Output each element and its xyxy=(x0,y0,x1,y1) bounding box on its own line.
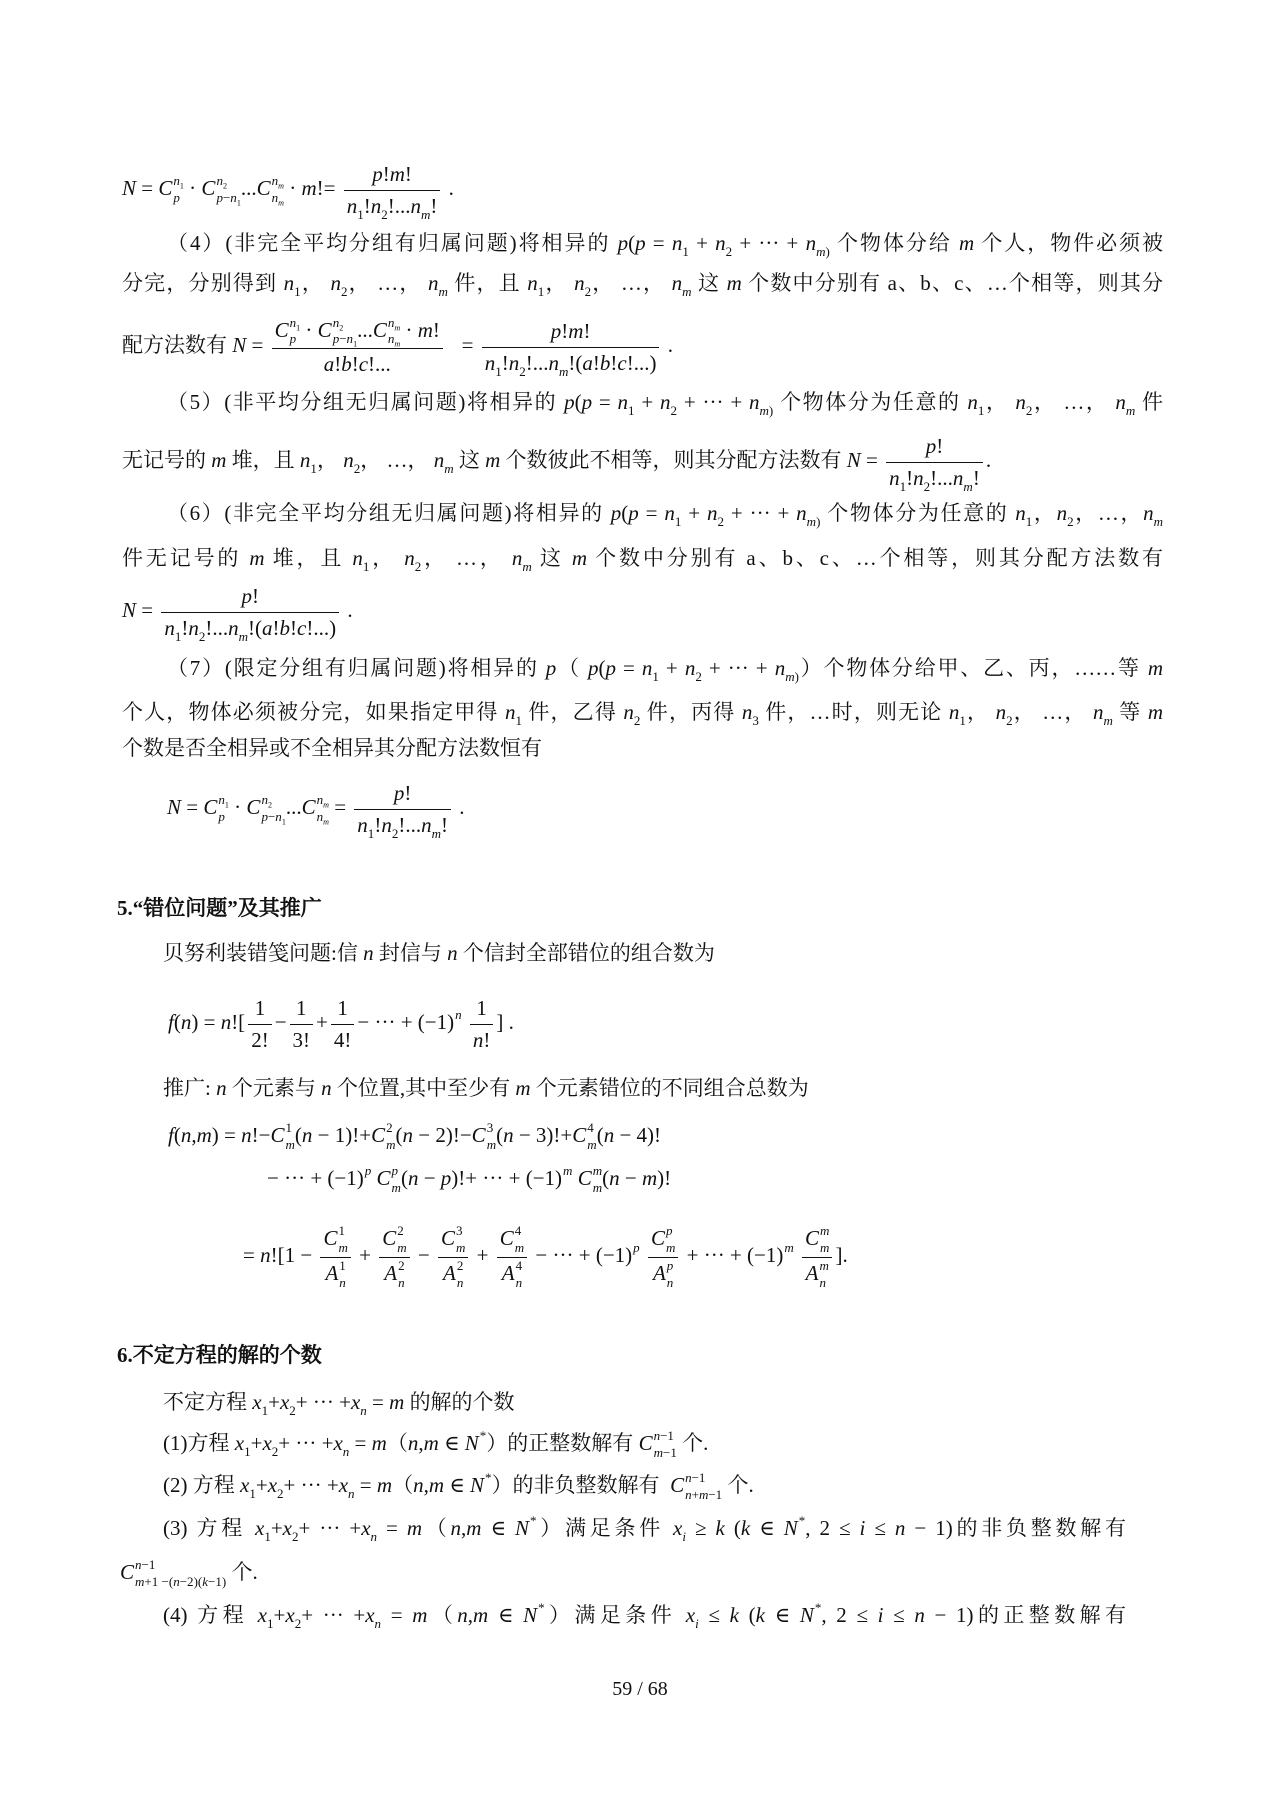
math-variable: C xyxy=(472,1123,486,1147)
math-variable: b xyxy=(600,351,611,375)
math-symbol: p xyxy=(611,501,622,525)
subscript: m) xyxy=(816,244,830,259)
text-run: 贝努利装错笺问题:信 xyxy=(163,941,363,965)
math-variable: C xyxy=(323,1226,337,1250)
math-variable: n xyxy=(549,351,560,375)
text-run: )! xyxy=(657,1166,671,1190)
text-run: −1 xyxy=(142,1557,156,1572)
text-run: − xyxy=(275,1010,287,1034)
subscript: m) xyxy=(785,669,799,684)
fraction: CpmApn xyxy=(648,1223,678,1292)
superscript: m xyxy=(593,1163,602,1180)
text-run: ( xyxy=(725,1516,741,1540)
text-run: + xyxy=(689,231,715,255)
math-variable: C xyxy=(373,318,387,342)
subscript: m xyxy=(392,1180,401,1197)
math-symbol: Cmm xyxy=(578,1166,602,1190)
text-run: ! xyxy=(290,616,297,640)
math-variable: n xyxy=(775,656,786,680)
math-symbol: m xyxy=(487,1137,496,1152)
math-symbol: n1 xyxy=(352,546,369,570)
math-variable: p xyxy=(633,1240,640,1255)
subscript: nm xyxy=(388,331,400,348)
fraction: p!m!n1!n2!...nm!(a!b!c!...) xyxy=(482,316,660,378)
text-run: − xyxy=(339,331,346,346)
math-variable: n xyxy=(398,1275,405,1290)
text-run: ， …， xyxy=(591,271,672,295)
script-stack: n−1n+m−1 xyxy=(685,1470,722,1504)
fraction: 1n! xyxy=(470,993,494,1055)
math-symbol: m xyxy=(456,1240,465,1255)
math-symbol: N xyxy=(122,176,136,200)
math-variable: n xyxy=(408,1431,419,1455)
text-run: + ··· + xyxy=(681,1243,747,1267)
text-run: 个人，物体必须被分完，如果指定甲得 xyxy=(122,700,505,724)
math-symbol: N* xyxy=(784,1516,806,1540)
text-run: ... xyxy=(241,176,257,200)
text-run: !...) xyxy=(306,616,336,640)
text-run: 个元素与 xyxy=(227,1076,322,1100)
math-variable: m xyxy=(466,1516,481,1540)
text-run: 件无记号的 xyxy=(122,546,249,570)
subscript: p−n1 xyxy=(333,331,357,348)
text-run: = xyxy=(861,448,883,472)
math-variable: b xyxy=(341,352,352,376)
text-run: ( xyxy=(401,1166,408,1190)
text-run: ， xyxy=(984,390,1015,414)
math-variable: n xyxy=(914,1603,925,1627)
math-variable: n xyxy=(447,941,458,965)
fraction: p!n1!n2!...nm! xyxy=(354,778,451,840)
text-run: + ··· + xyxy=(702,656,775,680)
math-symbol: Cn2p−n1 xyxy=(318,318,357,342)
text-run: = xyxy=(136,598,158,622)
math-variable: x xyxy=(252,1390,261,1414)
math-text: (−1) xyxy=(418,1010,454,1034)
math-variable: m xyxy=(727,271,742,295)
fraction: C2mA2n xyxy=(379,1223,409,1292)
math-variable: m xyxy=(424,1431,439,1455)
text-run: + xyxy=(681,501,707,525)
math-variable: p xyxy=(441,1166,452,1190)
math-variable: n xyxy=(216,1076,227,1100)
math-symbol: Cnmnm xyxy=(257,176,284,200)
math-symbol: n xyxy=(221,1010,232,1034)
text-run: = xyxy=(639,501,665,525)
math-symbol: b xyxy=(341,352,352,376)
math-symbol: n1 xyxy=(527,271,544,295)
math-variable: m xyxy=(444,461,453,476)
text-run: )!+ ··· + xyxy=(451,1166,525,1190)
subscript: m) xyxy=(760,403,774,418)
math-symbol: p xyxy=(618,231,629,255)
text-run: 个人，物件必须被 xyxy=(974,231,1163,255)
text-run: !... xyxy=(526,351,549,375)
math-variable: c xyxy=(297,616,306,640)
math-symbol: Cn−1m−1 xyxy=(639,1431,677,1455)
text-run: + ··· + xyxy=(284,1473,339,1497)
text-run: + xyxy=(471,1243,493,1267)
math-symbol: n1 xyxy=(485,351,502,375)
math-variable: k xyxy=(756,1603,765,1627)
text-run: ∈ xyxy=(439,1431,465,1455)
math-variable: n xyxy=(503,1123,514,1147)
math-variable: m xyxy=(515,1076,530,1100)
math-symbol: m xyxy=(515,1076,530,1100)
text-run: ![1 − xyxy=(271,1243,318,1267)
math-symbol: Cn1p xyxy=(275,318,301,342)
paragraph-line: 不定方程 x1+x2+ ··· +xn = m 的解的个数 xyxy=(163,1384,515,1420)
math-symbol: m xyxy=(654,1445,663,1460)
math-symbol: m xyxy=(444,461,453,476)
numerator: p! xyxy=(354,778,451,809)
math-symbol: n1 xyxy=(505,700,522,724)
script-stack: 4n xyxy=(516,1258,523,1292)
math-variable: n xyxy=(623,700,634,724)
math-variable: n xyxy=(181,1010,192,1034)
text-run: 个. xyxy=(226,1560,258,1584)
math-variable: n xyxy=(806,231,817,255)
math-symbol: A1n xyxy=(325,1261,345,1285)
math-symbol: nm xyxy=(317,809,329,824)
script-stack: n2p−n1 xyxy=(333,315,357,349)
text-run: + xyxy=(256,1473,268,1497)
math-variable: n xyxy=(967,390,978,414)
script-stack: 2m xyxy=(397,1223,406,1257)
superscript: n1 xyxy=(218,792,229,809)
math-symbol: C4m xyxy=(572,1123,596,1147)
math-symbol: x2 xyxy=(280,1390,296,1414)
math-symbol: nm xyxy=(411,194,431,218)
math-symbol: n xyxy=(181,1123,192,1147)
math-symbol: m xyxy=(197,1123,212,1147)
script-stack: n1p xyxy=(218,792,229,826)
text-run: ! xyxy=(936,434,943,458)
math-variable: n xyxy=(343,448,354,472)
math-variable: A xyxy=(384,1261,397,1285)
math-symbol: n2 xyxy=(707,501,724,525)
math-symbol: m xyxy=(389,1390,404,1414)
math-variable: x xyxy=(361,1516,370,1540)
text-run: + xyxy=(659,656,685,680)
math-variable: C xyxy=(270,1123,284,1147)
text-run: = xyxy=(181,795,203,819)
script-stack: 1m xyxy=(285,1120,294,1154)
math-symbol: x1 xyxy=(258,1603,274,1627)
text-run: + ··· + xyxy=(278,1431,333,1455)
math-symbol: n2 xyxy=(333,315,344,330)
text-run: ， …， xyxy=(347,271,428,295)
superscript: 3 xyxy=(456,1223,465,1240)
math-variable: n xyxy=(707,501,718,525)
math-symbol: p xyxy=(666,1223,673,1238)
text-run: （ xyxy=(556,656,588,680)
text-run xyxy=(462,1010,467,1034)
math-variable: b xyxy=(280,616,291,640)
subscript: m xyxy=(1154,514,1163,529)
superscript: nm xyxy=(272,173,284,190)
superscript: 1 xyxy=(338,1223,347,1240)
formula-line: f(n,m) = n!−C1m(n − 1)!+C2m(n − 2)!−C3m(… xyxy=(168,1113,661,1157)
denominator: a!b!c!... xyxy=(272,349,443,379)
math-variable: p xyxy=(635,231,646,255)
math-symbol: n2 xyxy=(343,448,360,472)
math-symbol: Cn2p−n1 xyxy=(246,795,285,819)
text-run: 3 xyxy=(487,1120,494,1135)
math-variable: C xyxy=(670,1473,684,1497)
math-symbol: n2 xyxy=(261,792,272,807)
text-run: −1 xyxy=(660,1428,674,1443)
math-symbol: N xyxy=(167,795,181,819)
paragraph-line: 分完，分别得到 n1， n2， …， nm 件，且 n1， n2， …， nm … xyxy=(122,265,1163,301)
text-run: ! xyxy=(404,781,411,805)
math-symbol: A4n xyxy=(502,1261,522,1285)
math-symbol: p xyxy=(372,162,383,186)
denominator: 3! xyxy=(290,1025,314,1055)
text-run: 1 xyxy=(285,1120,292,1135)
math-symbol: p xyxy=(290,331,297,346)
script-stack: n2p−n1 xyxy=(261,792,285,826)
math-variable: m xyxy=(666,1240,675,1255)
math-variable: x xyxy=(240,1473,249,1497)
text-run: ! xyxy=(593,351,600,375)
denominator: n1!n2!...nm! xyxy=(354,810,451,840)
math-symbol: xn xyxy=(333,1431,349,1455)
math-symbol: n xyxy=(302,1123,313,1147)
math-variable: n xyxy=(339,1275,346,1290)
math-symbol: Cn1p xyxy=(203,795,229,819)
paragraph-line: 推广: n 个元素与 n 个位置,其中至少有 m 个元素错位的不同组合总数为 xyxy=(163,1070,809,1106)
math-variable: p xyxy=(582,390,593,414)
math-symbol: n1 xyxy=(218,792,229,807)
math-symbol: nm xyxy=(434,448,454,472)
math-symbol: N* xyxy=(523,1603,545,1627)
math-variable: p xyxy=(394,781,405,805)
superscript: 2 xyxy=(398,1258,405,1275)
math-symbol: p xyxy=(564,390,575,414)
math-variable: p xyxy=(551,319,562,343)
math-symbol: p xyxy=(551,319,562,343)
math-variable: n xyxy=(667,1275,674,1290)
denominator: n1!n2!...nm! xyxy=(344,191,441,221)
text-run: −2)( xyxy=(180,1574,203,1589)
text-run: = xyxy=(381,1603,412,1627)
subscript: m xyxy=(1103,713,1112,728)
subscript: m xyxy=(444,461,453,476)
math-variable: A xyxy=(443,1261,456,1285)
math-symbol: n1 xyxy=(347,194,364,218)
fraction: 12! xyxy=(248,993,272,1055)
math-variable: C xyxy=(441,1226,455,1250)
text-run: 堆，且 xyxy=(265,546,353,570)
text-run: 这 xyxy=(454,448,486,472)
fraction: C4mA4n xyxy=(497,1223,527,1292)
text-run: ∈ xyxy=(481,1516,515,1540)
math-variable: x xyxy=(262,1431,271,1455)
math-symbol: n1 xyxy=(284,271,301,295)
math-symbol: m xyxy=(1148,700,1163,724)
fraction: p!n1!n2!...nm!(a!b!c!...) xyxy=(161,581,339,643)
math-symbol: n2 xyxy=(371,194,388,218)
math-symbol: n2 xyxy=(996,700,1013,724)
math-symbol: n2 xyxy=(188,616,205,640)
text-run: ≥ xyxy=(686,1516,716,1540)
math-variable: p xyxy=(173,190,180,205)
math-variable: n xyxy=(434,448,445,472)
math-symbol: n1 xyxy=(1015,501,1032,525)
math-variable: n xyxy=(457,1603,468,1627)
text-run: !... xyxy=(398,813,421,837)
list-item: (3) 方程 x1+x2+ ··· +xn = m（n,m ∈ N*）满足条件 … xyxy=(163,1508,1126,1548)
subscript: p−n1 xyxy=(261,809,285,826)
text-run: 分完，分别得到 xyxy=(122,271,284,295)
superscript: p xyxy=(633,1240,640,1255)
math-variable: m xyxy=(522,559,531,574)
math-variable: C xyxy=(257,176,271,200)
text-run: + xyxy=(268,1390,280,1414)
math-symbol: n xyxy=(408,1166,419,1190)
math-symbol: m xyxy=(959,231,974,255)
math-variable: k xyxy=(741,1516,750,1540)
text-run: ! xyxy=(583,319,590,343)
text-run: . xyxy=(443,176,454,200)
text-run: ∈ xyxy=(765,1603,800,1627)
math-variable: m xyxy=(1126,403,1135,418)
subscript: m xyxy=(456,1240,465,1257)
superscript: n1 xyxy=(290,315,301,332)
math-symbol: nm xyxy=(388,331,400,346)
math-symbol: Cpm xyxy=(651,1226,675,1250)
math-symbol: m xyxy=(1126,403,1135,418)
superscript: n xyxy=(455,1007,462,1022)
text-run: ! xyxy=(502,351,509,375)
math-variable: m xyxy=(699,1487,708,1502)
math-variable: n xyxy=(672,271,683,295)
subscript: m−1 xyxy=(654,1445,677,1462)
math-variable: m xyxy=(816,244,825,259)
math-symbol: p xyxy=(218,809,225,824)
text-run: + xyxy=(251,1431,263,1455)
math-variable: p xyxy=(218,809,225,824)
math-text: (−1) xyxy=(747,1243,783,1267)
text-run: = xyxy=(616,656,642,680)
text-run: !... xyxy=(388,194,411,218)
superscript: 4 xyxy=(587,1120,596,1137)
list-item: (4) 方程 x1+x2+ ··· +xn = m（n,m ∈ N*）满足条件 … xyxy=(163,1595,1126,1635)
math-variable: m xyxy=(197,1123,212,1147)
text-run: −1 xyxy=(708,1487,722,1502)
math-variable: m xyxy=(1154,514,1163,529)
math-symbol: n1 xyxy=(642,656,659,680)
math-variable: n xyxy=(357,813,368,837)
math-variable: n xyxy=(321,1076,332,1100)
text-run: + xyxy=(635,390,660,414)
subscript: m xyxy=(593,1180,602,1197)
math-symbol: p xyxy=(546,656,557,680)
math-symbol: (−1)p xyxy=(596,1243,640,1267)
text-run: = xyxy=(246,333,268,357)
text-run: 个位置,其中至少有 xyxy=(332,1076,516,1100)
math-variable: x xyxy=(283,1516,292,1540)
math-symbol: m xyxy=(377,1473,392,1497)
text-run: ! xyxy=(973,466,980,490)
text-run: + xyxy=(692,1487,699,1502)
math-symbol: n xyxy=(408,1431,419,1455)
math-variable: n xyxy=(164,616,175,640)
math-symbol: n xyxy=(181,1010,192,1034)
text-run: 2 xyxy=(457,1258,464,1273)
numerator: 1 xyxy=(290,993,314,1024)
math-variable: n xyxy=(413,1473,424,1497)
math-variable: p xyxy=(611,501,622,525)
math-variable: x xyxy=(339,1473,348,1497)
text-run: （ xyxy=(392,1473,413,1497)
math-variable: n xyxy=(604,1123,615,1147)
math-symbol: C3m xyxy=(472,1123,496,1147)
math-symbol: (−1)m xyxy=(747,1243,794,1267)
list-item: (1)方程 x1+x2+ ··· +xn = m（n,m ∈ N*）的正整数解有… xyxy=(163,1423,708,1463)
math-symbol: m xyxy=(760,403,769,418)
math-variable: x xyxy=(268,1473,277,1497)
text-run: （7）(限定分组有归属问题)将相异的 xyxy=(167,656,546,680)
text-run: ! xyxy=(430,194,437,218)
math-variable: c xyxy=(617,351,626,375)
fraction: C3mA2n xyxy=(438,1223,468,1292)
math-variable: n xyxy=(457,1275,464,1290)
math-symbol: n xyxy=(447,941,458,965)
math-variable: a xyxy=(324,352,335,376)
text-run: 个物体分为任意的 xyxy=(820,501,1015,525)
math-symbol: n xyxy=(914,1603,925,1627)
math-symbol: nm xyxy=(317,792,329,807)
numerator: 1 xyxy=(331,993,355,1024)
math-symbol: m xyxy=(249,546,264,570)
math-symbol: nm xyxy=(549,351,569,375)
math-symbol: n1 xyxy=(357,813,374,837)
text-run: − 1)的正整数解有 xyxy=(925,1603,1126,1627)
math-symbol: C2m xyxy=(371,1123,395,1147)
math-symbol: p xyxy=(926,434,937,458)
denominator: A2n xyxy=(379,1258,409,1292)
math-symbol: xi xyxy=(686,1603,699,1627)
text-run: ! xyxy=(405,162,412,186)
formula-line: 配方法数有 N = Cn1p · Cn2p−n1...Cnmnm · m!a!b… xyxy=(122,303,673,387)
script-stack: 3m xyxy=(456,1223,465,1257)
math-variable: m xyxy=(515,1240,524,1255)
math-symbol: Cnmnm xyxy=(373,318,400,342)
math-symbol: n xyxy=(402,1123,413,1147)
text-run: = xyxy=(446,333,479,357)
math-symbol: xn xyxy=(339,1473,355,1497)
text-run: ， …， xyxy=(1013,700,1093,724)
text-run: 个. xyxy=(722,1473,754,1497)
math-symbol: m xyxy=(429,1473,444,1497)
math-variable: x xyxy=(333,1431,342,1455)
script-stack: 4m xyxy=(515,1223,524,1257)
math-variable: m xyxy=(249,546,264,570)
math-variable: C xyxy=(578,1166,592,1190)
text-run: ）个物体分给甲、乙、丙，……等 xyxy=(799,656,1148,680)
script-stack: 1m xyxy=(338,1223,347,1257)
math-variable: m xyxy=(1148,700,1163,724)
superscript: p xyxy=(667,1258,674,1275)
math-symbol: p xyxy=(441,1166,452,1190)
list-item-continuation: Cn−1m+1 −(n−2)(k−1) 个. xyxy=(120,1550,258,1594)
math-symbol: m xyxy=(372,1431,387,1455)
math-symbol: n2 xyxy=(623,700,640,724)
text-run: + ··· + xyxy=(732,231,805,255)
text-run: 4 xyxy=(516,1258,523,1273)
